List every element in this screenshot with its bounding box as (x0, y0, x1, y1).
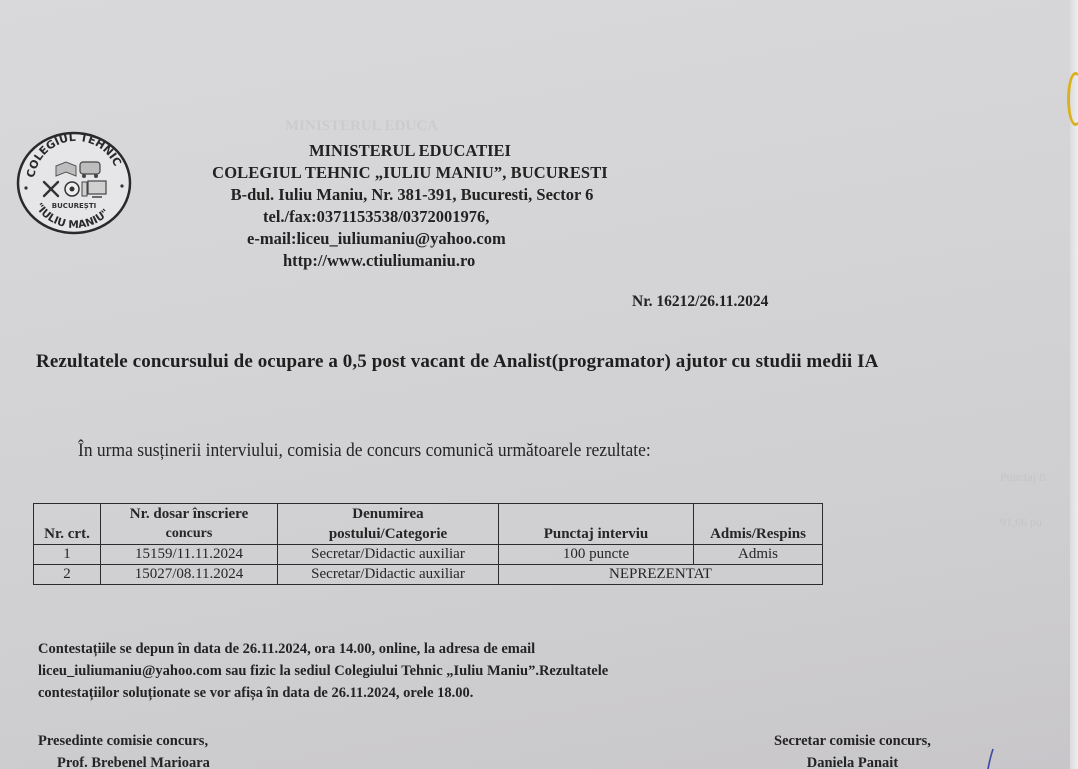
cell-nr: 1 (34, 545, 101, 565)
intro-paragraph: În urma susținerii interviului, comisia … (78, 440, 651, 462)
document-page: MINISTERUL EDUCA COLEGIUL TEHNIC "IULIU … (0, 0, 1078, 769)
cell-post: Secretar/Didactic auxiliar (278, 545, 499, 565)
school-emblem-icon: COLEGIUL TEHNIC "IULIU MANIU" (16, 130, 132, 236)
cell-status-merged: NEPREZENTAT (499, 565, 823, 585)
school-address: B-dul. Iuliu Maniu, Nr. 381-391, Bucures… (180, 184, 640, 206)
president-name: Prof. Brebenel Marioara (38, 752, 210, 769)
header-dosar: Nr. dosar înscriere concurs (101, 504, 278, 545)
table-row: 1 15159/11.11.2024 Secretar/Didactic aux… (34, 545, 823, 565)
header-punctaj: Punctaj interviu (499, 504, 694, 545)
ministry-name: MINISTERUL EDUCATIEI (180, 140, 640, 162)
show-through-text: Punctaj fi (1000, 470, 1046, 485)
header-nr-crt: Nr. crt. (34, 504, 101, 545)
letterhead: MINISTERUL EDUCATIEI COLEGIUL TEHNIC „IU… (180, 140, 640, 272)
school-website: http://www.ctiuliumaniu.ro (283, 250, 640, 272)
svg-text:BUCUREȘTI: BUCUREȘTI (52, 202, 96, 210)
document-title: Rezultatele concursului de ocupare a 0,5… (36, 351, 878, 373)
secretary-name: Daniela Panait (774, 752, 931, 769)
table-header-row: Nr. crt. Nr. dosar înscriere concurs Den… (34, 504, 823, 545)
header-admis: Admis/Respins (694, 504, 823, 545)
yellow-object-edge (1067, 72, 1078, 126)
cell-punctaj: 100 puncte (499, 545, 694, 565)
cell-dosar: 15027/08.11.2024 (101, 565, 278, 585)
contestations-paragraph: Contestațiile se depun în data de 26.11.… (38, 638, 798, 704)
contestations-line: contestațiilor soluționate se vor afișa … (38, 682, 798, 704)
handwritten-signature-icon (985, 748, 995, 769)
contestations-line: Contestațiile se depun în data de 26.11.… (38, 638, 798, 660)
show-through-text: MINISTERUL EDUCA (285, 118, 438, 135)
president-role: Presedinte comisie concurs, (38, 730, 210, 752)
school-email: e-mail:liceu_iuliumaniu@yahoo.com (247, 228, 640, 250)
president-signature-block: Presedinte comisie concurs, Prof. Breben… (38, 730, 210, 769)
school-name: COLEGIUL TEHNIC „IULIU MANIU”, BUCURESTI (180, 162, 640, 184)
table-row: 2 15027/08.11.2024 Secretar/Didactic aux… (34, 565, 823, 585)
cell-post: Secretar/Didactic auxiliar (278, 565, 499, 585)
secretary-signature-block: Secretar comisie concurs, Daniela Panait (774, 730, 931, 769)
header-post: Denumirea postului/Categorie (278, 504, 499, 545)
show-through-text: 91,66 pu (1000, 515, 1042, 530)
registration-number: Nr. 16212/26.11.2024 (632, 293, 768, 311)
school-logo: COLEGIUL TEHNIC "IULIU MANIU" (16, 130, 132, 236)
results-table: Nr. crt. Nr. dosar înscriere concurs Den… (33, 503, 823, 585)
school-phone: tel./fax:0371153538/0372001976, (263, 206, 640, 228)
cell-dosar: 15159/11.11.2024 (101, 545, 278, 565)
contestations-line: liceu_iuliumaniu@yahoo.com sau fizic la … (38, 660, 798, 682)
secretary-role: Secretar comisie concurs, (774, 730, 931, 752)
ball-icon (65, 182, 79, 196)
cell-nr: 2 (34, 565, 101, 585)
cell-rezultat: Admis (694, 545, 823, 565)
